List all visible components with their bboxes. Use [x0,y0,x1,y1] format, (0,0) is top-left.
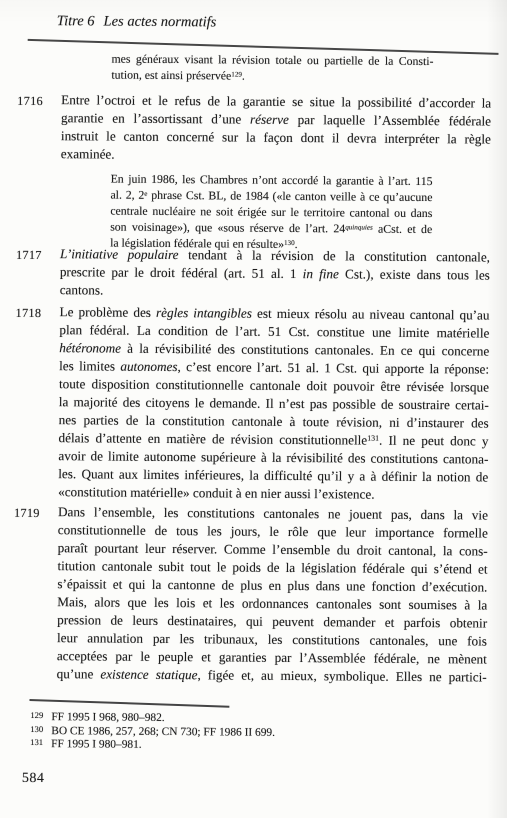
small-print-block-1986: En juin 1986, les Chambres n’ont accordé… [110,171,433,254]
paragraph-number: 1719 [14,504,40,522]
paragraph-number: 1716 [17,92,43,110]
chapter-title: Les actes normatifs [104,14,217,31]
footnotes: 129FF 1995 I 968, 980–982. 130BO CE 1986… [30,711,470,755]
page-number: 584 [22,771,45,787]
paragraph-number: 1718 [15,304,41,322]
paragraph-1718: 1718 Le problème des règles intangibles … [58,303,490,504]
text-line: tution, est ainsi préservée129. [111,67,433,86]
chapter-number: Titre 6 [57,13,95,29]
text-line: examinée. [61,145,491,166]
footnote-separator [29,699,229,707]
text-line: instruit le canton concerné sur la façon… [61,127,491,148]
text-line: «constitution matérielle» conduit à en n… [58,483,488,504]
paragraph-1716: 1716 Entre l’octroi et le refus de la ga… [61,91,492,166]
page-content: Titre 6Les actes normatifs mes généraux … [0,0,507,818]
footnote: 131FF 1995 I 980–981. [30,738,470,755]
text-line: cantons. [60,281,490,302]
running-header: Titre 6Les actes normatifs [57,13,217,31]
scanned-book-page: Titre 6Les actes normatifs mes généraux … [0,0,507,818]
footnote-text: FF 1995 I 980–981. [51,738,142,751]
small-print-block-continuation: mes généraux visant la révision totale o… [111,51,433,86]
footnote-text: FF 1995 I 968, 980–982. [51,711,164,724]
text-line: qu’une existence statique, figée et, au … [57,665,487,686]
paragraph-number: 1717 [16,246,42,264]
paragraph-1719: 1719 Dans l’ensemble, les constitutions … [57,503,488,686]
footnote-text: BO CE 1986, 257, 268; CN 730; FF 1986 II… [51,725,275,739]
paragraph-1717: 1717 L’initiative populaire tendant à la… [60,245,490,302]
text-line: prescrite par le droit fédéral (art. 51 … [60,263,490,284]
